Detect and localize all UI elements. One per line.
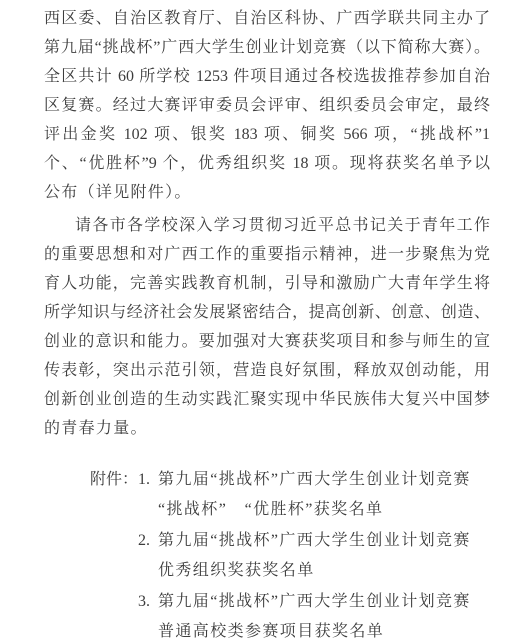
attachment-item-line: 第九届“挑战杯”广西大学生创业计划竞赛 [158, 587, 492, 617]
attachment-item: 2. 第九届“挑战杯”广西大学生创业计划竞赛 优秀组织奖获奖名单 [158, 526, 492, 587]
body-line: 个、“优胜杯”9 个，优秀组织奖 18 项。现将获奖名单予以 [44, 149, 490, 178]
document-page: 西区委、自治区教育厅、自治区科协、广西学联共同主办了 第九届“挑战杯”广西大学生… [0, 0, 528, 640]
body-line: 区复赛。经过大赛评审委员会评审、组织委员会审定，最终 [44, 91, 490, 120]
body-line: 创业的意识和能力。要加强对大赛获奖项目和参与师生的宣 [44, 327, 490, 356]
body-line: 评出金奖 102 项、银奖 183 项、铜奖 566 项，“挑战杯”1 [44, 120, 490, 149]
body-line: 创新创业创造的生动实践汇聚实现中华民族伟大复兴中国梦 [44, 385, 490, 414]
body-line: 公布（详见附件）。 [44, 178, 490, 207]
document-body: 西区委、自治区教育厅、自治区科协、广西学联共同主办了 第九届“挑战杯”广西大学生… [44, 0, 490, 443]
attachment-item-number: 2. [138, 526, 158, 556]
attachment-item-line: 第九届“挑战杯”广西大学生创业计划竞赛 [158, 526, 492, 556]
body-line: 请各市各学校深入学习贯彻习近平总书记关于青年工作 [44, 211, 490, 240]
body-line: 的青春力量。 [44, 414, 490, 443]
body-line: 西区委、自治区教育厅、自治区科协、广西学联共同主办了 [44, 4, 490, 33]
body-line: 育人功能，完善实践教育机制，引导和激励广大青年学生将 [44, 269, 490, 298]
attachment-item-number: 1. [138, 465, 158, 495]
attachment-item-line: 第九届“挑战杯”广西大学生创业计划竞赛 [158, 465, 492, 495]
body-line: 第九届“挑战杯”广西大学生创业计划竞赛（以下简称大赛）。 [44, 33, 490, 62]
attachment-item-number: 3. [138, 587, 158, 617]
body-paragraph-2: 请各市各学校深入学习贯彻习近平总书记关于青年工作 的重要思想和对广西工作的重要指… [44, 211, 490, 443]
body-paragraph-1: 西区委、自治区教育厅、自治区科协、广西学联共同主办了 第九届“挑战杯”广西大学生… [44, 4, 490, 207]
attachments-section: 附件： 1. 第九届“挑战杯”广西大学生创业计划竞赛 “挑战杯” “优胜杯”获奖… [158, 465, 492, 640]
attachment-item-line: 普通高校类参赛项目获奖名单 [158, 617, 492, 640]
body-line: 全区共计 60 所学校 1253 件项目通过各校选拔推荐参加自治 [44, 62, 490, 91]
attachment-item-line: 优秀组织奖获奖名单 [158, 556, 492, 586]
attachment-item: 1. 第九届“挑战杯”广西大学生创业计划竞赛 “挑战杯” “优胜杯”获奖名单 [158, 465, 492, 526]
body-line: 的重要思想和对广西工作的重要指示精神，进一步聚焦为党 [44, 240, 490, 269]
attachment-item-line: “挑战杯” “优胜杯”获奖名单 [158, 495, 492, 525]
body-line: 传表彰，突出示范引领，营造良好氛围，释放双创动能，用 [44, 356, 490, 385]
attachment-item: 3. 第九届“挑战杯”广西大学生创业计划竞赛 普通高校类参赛项目获奖名单 [158, 587, 492, 640]
body-line: 所学知识与经济社会发展紧密结合，提高创新、创意、创造、 [44, 298, 490, 327]
